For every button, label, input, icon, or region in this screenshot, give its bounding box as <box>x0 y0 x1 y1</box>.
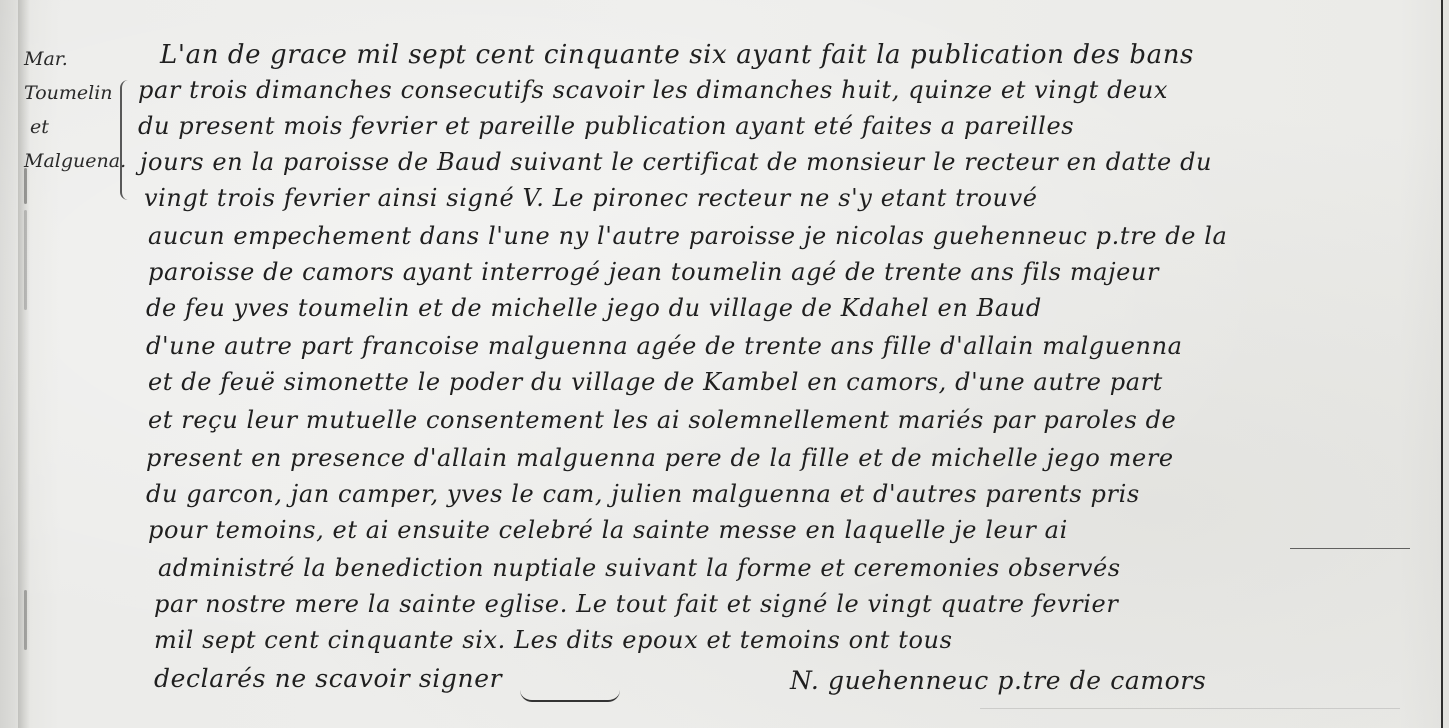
margin-bracket <box>120 80 132 200</box>
page-right-margin <box>1443 0 1449 728</box>
priest-signature: N. guehenneuc p.tre de camors <box>790 666 1206 695</box>
text-line: et de feuë simonette le poder du village… <box>148 368 1163 396</box>
binding-mark <box>24 210 27 310</box>
text-line: du garcon, jan camper, yves le cam, juli… <box>146 480 1140 508</box>
faint-ruling <box>980 708 1400 709</box>
text-line: administré la benediction nuptiale suiva… <box>158 554 1121 582</box>
text-line: jours en la paroisse de Baud suivant le … <box>140 148 1212 176</box>
text-line: et reçu leur mutuelle consentement les a… <box>148 406 1176 434</box>
margin-annotation: Mar. Toumelin et Malguena. <box>24 42 134 178</box>
text-line: present en presence d'allain malguenna p… <box>146 444 1174 472</box>
text-line: declarés ne scavoir signer <box>154 664 502 693</box>
text-line: d'une autre part francoise malguenna agé… <box>146 332 1183 360</box>
text-line: L'an de grace mil sept cent cinquante si… <box>160 40 1194 70</box>
text-line: par trois dimanches consecutifs scavoir … <box>138 76 1168 104</box>
text-line: vingt trois fevrier ainsi signé V. Le pi… <box>144 184 1038 212</box>
text-line: mil sept cent cinquante six. Les dits ep… <box>154 626 953 654</box>
margin-note-line: Toumelin <box>24 76 134 110</box>
binding-mark <box>24 590 27 650</box>
scanned-register-page: Mar. Toumelin et Malguena. L'an de grace… <box>0 0 1449 728</box>
text-line: du present mois fevrier et pareille publ… <box>138 112 1074 140</box>
margin-note-line: Malguena. <box>24 144 134 178</box>
text-line: aucun empechement dans l'une ny l'autre … <box>148 222 1227 250</box>
text-line: par nostre mere la sainte eglise. Le tou… <box>154 590 1118 618</box>
margin-note-line: et <box>24 110 134 144</box>
margin-note-line: Mar. <box>24 42 134 76</box>
text-line: de feu yves toumelin et de michelle jego… <box>146 294 1042 322</box>
text-line: paroisse de camors ayant interrogé jean … <box>148 258 1159 286</box>
text-line: pour temoins, et ai ensuite celebré la s… <box>148 516 1068 544</box>
line-filler-stroke <box>1290 548 1410 549</box>
signature-flourish <box>520 690 620 702</box>
